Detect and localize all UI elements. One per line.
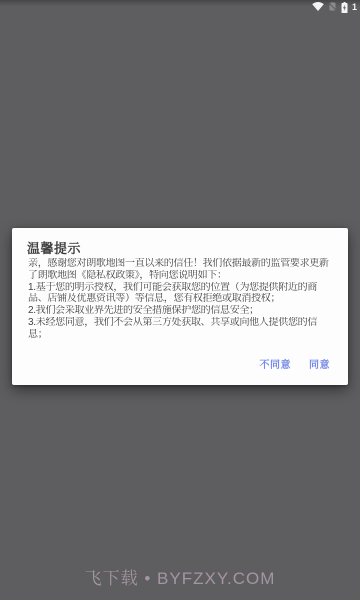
dialog-body-line: 3.未经您同意，我们不会从第三方处获取、共享或向他人提供您的信 [28,317,334,329]
dialog-body-line: 1.基于您的明示授权，我们可能会获取您的位置（为您提供附近的商 [28,282,334,294]
app-screen: 1 温馨提示 亲，感谢您对朗歌地图一直以来的信任！我们依据最新的监管要求更新 了… [0,0,360,600]
dialog-body: 亲，感谢您对朗歌地图一直以来的信任！我们依据最新的监管要求更新 了朗歌地图《隐私… [28,258,334,341]
dialog-body-line: 2.我们会采取业界先进的安全措施保护您的信息安全； [28,305,334,317]
dialog-title: 温馨提示 [27,238,81,257]
no-sim-icon [328,2,337,11]
dialog-body-line: 息； [28,329,334,341]
dialog-body-line: 亲，感谢您对朗歌地图一直以来的信任！我们依据最新的监管要求更新 [28,258,334,270]
dialog-body-line: 品、店铺及优惠资讯等）等信息，您有权拒绝或取消授权； [28,293,334,305]
watermark: 飞下载 • BYFZXY.COM [0,568,360,589]
dialog-actions: 不同意 同意 [258,354,333,373]
battery-charging-icon [341,2,348,13]
privacy-dialog: 温馨提示 亲，感谢您对朗歌地图一直以来的信任！我们依据最新的监管要求更新 了朗歌… [12,228,348,385]
wifi-icon [312,2,324,11]
status-bar: 1 [0,0,360,14]
dialog-body-line: 了朗歌地图《隐私权政策》，特向您说明如下： [28,270,334,282]
disagree-button[interactable]: 不同意 [258,354,294,373]
agree-button[interactable]: 同意 [307,354,332,373]
status-time: 1 [352,2,357,12]
